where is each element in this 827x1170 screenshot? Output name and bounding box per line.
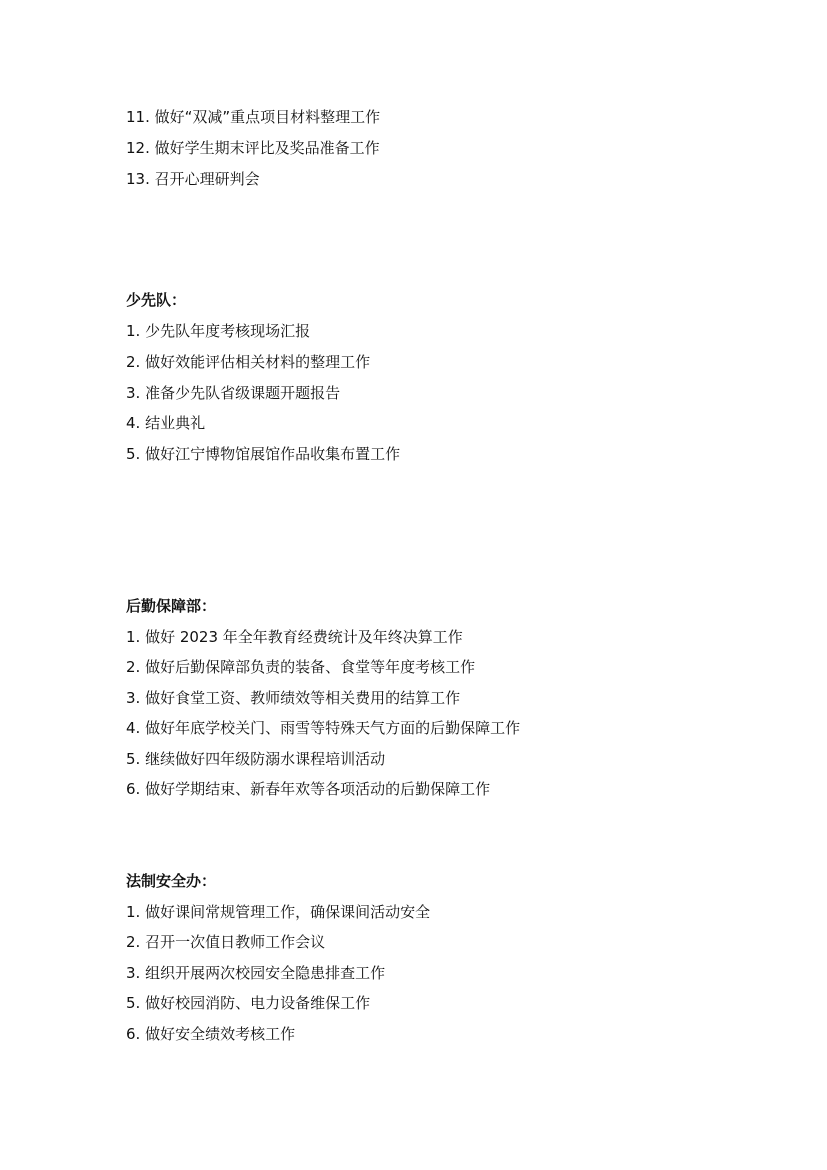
section-title: 法制安全办： — [126, 871, 216, 891]
list-item: 3. 做好食堂工资、教师绩效等相关费用的结算工作 — [126, 688, 460, 708]
list-item: 2. 召开一次值日教师工作会议 — [126, 932, 325, 952]
list-item: 11. 做好“双减”重点项目材料整理工作 — [126, 107, 380, 127]
list-item: 1. 少先队年度考核现场汇报 — [126, 321, 310, 341]
list-item: 5. 做好校园消防、电力设备维保工作 — [126, 993, 370, 1013]
list-item: 2. 做好效能评估相关材料的整理工作 — [126, 352, 370, 372]
list-item: 13. 召开心理研判会 — [126, 169, 260, 189]
list-item: 6. 做好安全绩效考核工作 — [126, 1024, 295, 1044]
list-item: 3. 组织开展两次校园安全隐患排查工作 — [126, 963, 385, 983]
list-item: 1. 做好 2023 年全年教育经费统计及年终决算工作 — [126, 627, 463, 647]
list-item: 5. 做好江宁博物馆展馆作品收集布置工作 — [126, 444, 400, 464]
list-item: 5. 继续做好四年级防溺水课程培训活动 — [126, 749, 385, 769]
list-item: 12. 做好学生期末评比及奖品准备工作 — [126, 138, 380, 158]
section-title: 少先队： — [126, 290, 186, 310]
list-item: 6. 做好学期结束、新春年欢等各项活动的后勤保障工作 — [126, 779, 490, 799]
list-item: 4. 结业典礼 — [126, 413, 205, 433]
list-item: 2. 做好后勤保障部负责的装备、食堂等年度考核工作 — [126, 657, 475, 677]
list-item: 1. 做好课间常规管理工作，确保课间活动安全 — [126, 902, 430, 922]
list-item: 3. 准备少先队省级课题开题报告 — [126, 383, 340, 403]
list-item: 4. 做好年底学校关门、雨雪等特殊天气方面的后勤保障工作 — [126, 718, 520, 738]
section-title: 后勤保障部： — [126, 596, 216, 616]
